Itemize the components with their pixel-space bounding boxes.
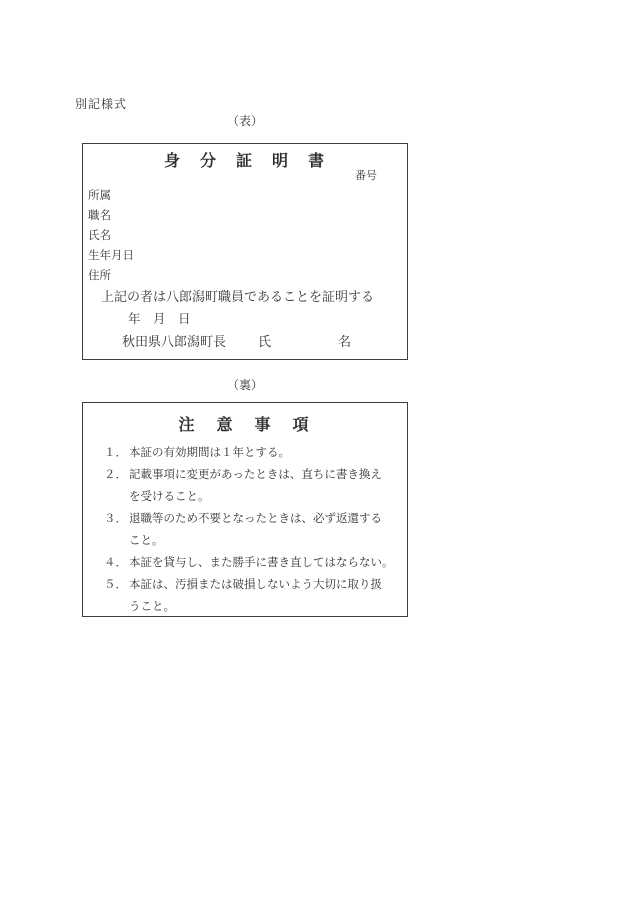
notice-item-3-number: ３． [104, 508, 129, 530]
notice-item-2: ２．記載事項に変更があったときは、直ちに書き換え [83, 464, 407, 486]
notice-item-5: ５．本証は、汚損または破損しないよう大切に取り扱 [83, 574, 407, 596]
front-side-label: （表） [82, 112, 408, 129]
notice-item-2-text-line2: を受けること。 [83, 486, 407, 508]
notice-item-1-number: １． [104, 442, 129, 464]
id-certificate-front-card: 身 分 証 明 書 番号 所属 職名 氏名 生年月日 住所 上記の者は八郎潟町職… [82, 143, 408, 360]
notice-item-2-number: ２． [104, 464, 129, 486]
issuer-givenname-placeholder: 名 [338, 334, 351, 350]
notice-item-3: ３．退職等のため不要となったときは、必ず返還する [83, 508, 407, 530]
document-page: 別記様式 （表） 身 分 証 明 書 番号 所属 職名 氏名 生年月日 住所 上… [0, 0, 630, 903]
form-style-note: 別記様式 [75, 95, 127, 112]
notice-item-1-text: 本証の有効期間は１年とする。 [129, 447, 290, 459]
field-label-job-title: 職名 [88, 206, 407, 226]
notice-title: 注 意 事 項 [83, 416, 407, 436]
notice-back-card: 注 意 事 項 １．本証の有効期間は１年とする。 ２．記載事項に変更があったとき… [82, 402, 408, 617]
notice-item-4-number: ４． [104, 552, 129, 574]
notice-item-5-text-line1: 本証は、汚損または破損しないよう大切に取り扱 [129, 579, 382, 591]
date-line: 年 月 日 [83, 312, 407, 327]
certificate-fields: 所属 職名 氏名 生年月日 住所 [83, 186, 407, 286]
field-label-birthdate: 生年月日 [88, 246, 407, 266]
notice-item-3-text-line1: 退職等のため不要となったときは、必ず返還する [129, 513, 382, 525]
notice-item-2-text-line1: 記載事項に変更があったときは、直ちに書き換え [129, 469, 382, 481]
notice-item-5-text-line2: うこと。 [83, 596, 407, 618]
back-side-label: （裏） [82, 376, 408, 393]
certification-statement: 上記の者は八郎潟町職員であることを証明する [83, 289, 407, 305]
notice-item-5-number: ５． [104, 574, 129, 596]
field-label-address: 住所 [88, 266, 407, 286]
field-label-name: 氏名 [88, 226, 407, 246]
notice-items: １．本証の有効期間は１年とする。 ２．記載事項に変更があったときは、直ちに書き換… [83, 442, 407, 618]
notice-item-3-text-line2: こと。 [83, 530, 407, 552]
notice-item-4: ４．本証を貸与し、また勝手に書き直してはならない。 [83, 552, 407, 574]
issuer-title: 秋田県八郎潟町長 [122, 334, 226, 350]
notice-item-1: １．本証の有効期間は１年とする。 [83, 442, 407, 464]
notice-item-4-text: 本証を貸与し、また勝手に書き直してはならない。 [129, 557, 394, 569]
issuer-surname-placeholder: 氏 [258, 334, 271, 350]
field-label-affiliation: 所属 [88, 186, 407, 206]
issuer-line: 秋田県八郎潟町長 氏 名 [83, 334, 407, 350]
